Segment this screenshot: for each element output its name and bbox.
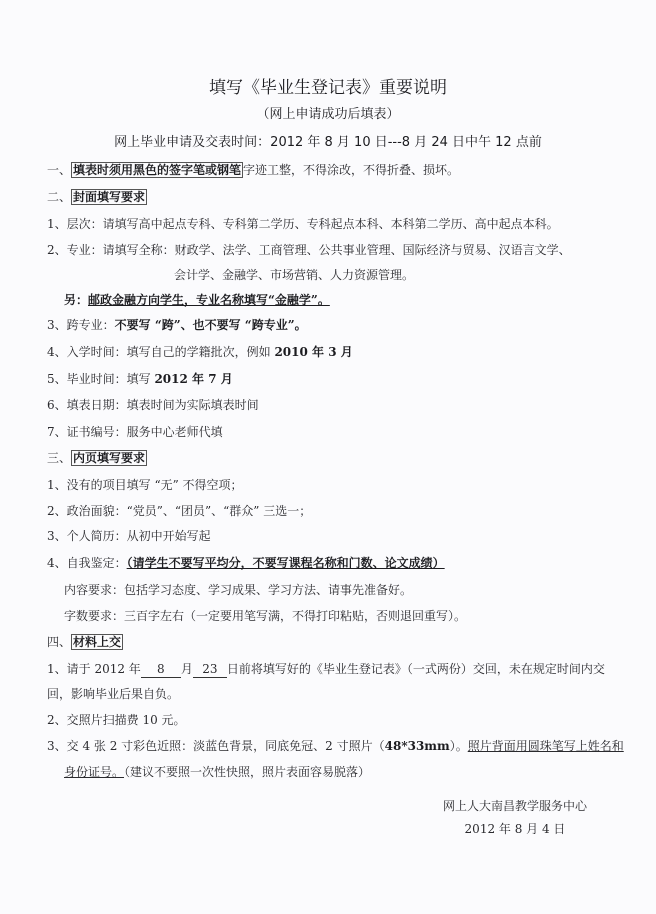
section-4-item-3-cont: 身份证号。（建议不要照一次性快照，照片表面容易脱落） [64, 764, 370, 780]
item-4-label: 4、入学时间：填写自己的学籍批次，例如 [47, 345, 274, 359]
section-3-number: 三、 [47, 451, 71, 465]
photo-size: 48*33mm [385, 739, 450, 753]
item-3-tail: （建议不要照一次性快照，照片表面容易脱落） [124, 765, 370, 779]
section-4-heading: 四、材料上交 [47, 634, 123, 650]
section-3-title: 内页填写要求 [71, 450, 147, 466]
content-requirement: 内容要求：包括学习态度、学习成果、学习方法、请事先准备好。 [64, 582, 412, 598]
section-4-title: 材料上交 [71, 634, 123, 650]
signature-date: 2012 年 8 月 4 日 [430, 821, 600, 837]
item-1-text-c: 日前将填写好的《毕业生登记表》（一式两份）交回，未在规定时间内交 [227, 662, 605, 676]
section-3-item-1: 1、没有的项目填写 “无” 不得空项； [47, 477, 243, 493]
item-5-label: 5、毕业时间：填写 [47, 372, 154, 386]
section-1: 一、填表时须用黑色的签字笔或钢笔字迹工整，不得涂改，不得折叠、损坏。 [47, 162, 459, 178]
section-4-item-1-cont: 回，影响毕业后果自负。 [47, 686, 179, 702]
item-3-underlined-2: 身份证号。 [64, 765, 124, 779]
section-4-number: 四、 [47, 635, 71, 649]
section-2-number: 二、 [47, 190, 71, 204]
section-1-rest: 字迹工整，不得涂改，不得折叠、损坏。 [243, 163, 459, 177]
item-4-note: （请学生不要写平均分，不要写课程名称和门数、论文成绩） [127, 556, 445, 570]
item-4-label: 4、自我鉴定： [47, 556, 127, 570]
deadline-line: 网上毕业申请及交表时间：2012 年 8 月 10 日---8 月 24 日中午… [0, 134, 656, 152]
section-3-item-2: 2、政治面貌：“党员”、“团员”、“群众” 三选一； [47, 503, 311, 519]
section-2-item-4: 4、入学时间：填写自己的学籍批次，例如 2010 年 3 月 [47, 344, 353, 360]
section-2-note: 另：邮政金融方向学生，专业名称填写“金融学”。 [64, 292, 330, 308]
section-1-number: 一、 [47, 163, 71, 177]
item-5-value: 2012 年 7 月 [154, 372, 232, 386]
item-3-value: 不要写 “跨”、也不要写 “跨专业”。 [115, 318, 307, 332]
item-1-text-b: 月 [181, 662, 193, 676]
item-3-text-a: 3、交 4 张 2 寸彩色近照：淡蓝色背景，同底免冠、2 寸照片（ [47, 739, 385, 753]
word-count-requirement: 字数要求：三百字左右（一定要用笔写满，不得打印粘贴，否则退回重写）。 [64, 608, 466, 624]
section-3-heading: 三、内页填写要求 [47, 450, 147, 466]
section-2-item-2-cont: 会计学、金融学、市场营销、人力资源管理。 [174, 267, 414, 283]
item-1-text-a: 1、请于 2012 年 [47, 662, 141, 676]
section-2-heading: 二、封面填写要求 [47, 189, 147, 205]
signature-org: 网上人大南昌教学服务中心 [430, 798, 600, 814]
item-3-text-b: ）。 [450, 739, 468, 753]
day-blank: 23 [193, 661, 227, 678]
section-4-item-3: 3、交 4 张 2 寸彩色近照：淡蓝色背景，同底免冠、2 寸照片（48*33mm… [47, 738, 624, 754]
section-4-item-1: 1、请于 2012 年8月23日前将填写好的《毕业生登记表》（一式两份）交回，未… [47, 661, 605, 678]
section-2-item-1: 1、层次：请填写高中起点专科、专科第二学历、专科起点本科、本科第二学历、高中起点… [47, 216, 559, 232]
section-2-title: 封面填写要求 [71, 189, 147, 205]
note-text: 邮政金融方向学生，专业名称填写“金融学”。 [88, 293, 330, 307]
section-1-boxed-text: 填表时须用黑色的签字笔或钢笔 [71, 162, 243, 178]
section-2-item-2: 2、专业：请填写全称：财政学、法学、工商管理、公共事业管理、国际经济与贸易、汉语… [47, 242, 571, 258]
item-3-label: 3、跨专业： [47, 318, 115, 332]
section-3-item-3: 3、个人简历：从初中开始写起 [47, 528, 211, 544]
section-2-item-5: 5、毕业时间：填写 2012 年 7 月 [47, 371, 233, 387]
note-label: 另： [64, 293, 88, 307]
month-blank: 8 [141, 661, 181, 678]
document-title: 填写《毕业生登记表》重要说明 [0, 77, 656, 99]
item-4-value: 2010 年 3 月 [274, 345, 352, 359]
section-4-item-2: 2、交照片扫描费 10 元。 [47, 712, 186, 728]
section-3-item-4: 4、自我鉴定：（请学生不要写平均分，不要写课程名称和门数、论文成绩） [47, 555, 445, 571]
item-3-underlined-1: 照片背面用圆珠笔写上姓名和 [468, 739, 624, 753]
section-2-item-6: 6、填表日期：填表时间为实际填表时间 [47, 397, 259, 413]
section-2-item-3: 3、跨专业：不要写 “跨”、也不要写 “跨专业”。 [47, 317, 307, 333]
section-2-item-7: 7、证书编号：服务中心老师代填 [47, 424, 223, 440]
document-subtitle: （网上申请成功后填表） [0, 106, 656, 124]
